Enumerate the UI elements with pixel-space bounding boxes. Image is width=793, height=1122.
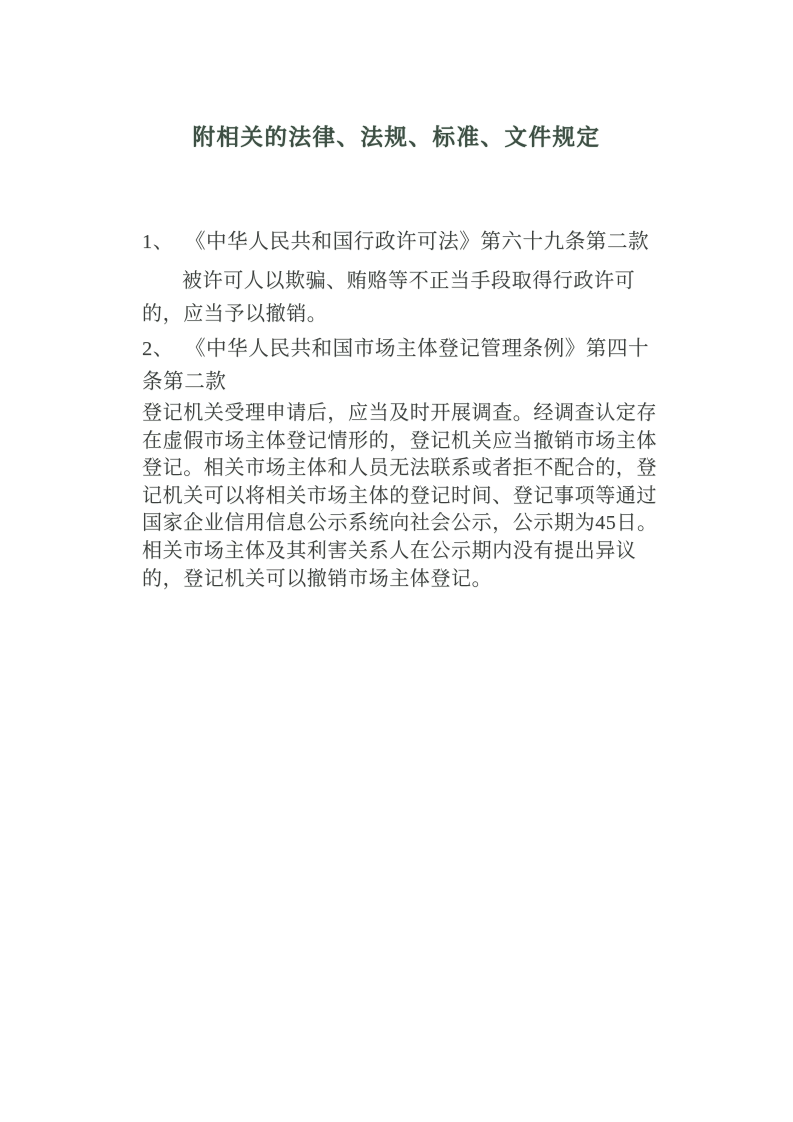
statute-item-1-title: 《中华人民共和国行政许可法》第六十九条第二款 [185, 231, 649, 253]
statute-item-1: 1、《中华人民共和国行政许可法》第六十九条第二款 被许可人以欺骗、贿赂等不正当手… [142, 226, 664, 331]
page-title: 附相关的法律、法规、标准、文件规定 [0, 120, 793, 156]
statute-item-2-title: 《中华人民共和国市场主体登记管理条例》第四十条第二款 [142, 338, 649, 393]
statute-item-1-heading: 1、《中华人民共和国行政许可法》第六十九条第二款 [142, 226, 664, 259]
statute-item-2-text: 登记机关受理申请后，应当及时开展调查。经调查认定存在虚假市场主体登记情形的，登记… [142, 400, 664, 593]
statute-item-2: 2、《中华人民共和国市场主体登记管理条例》第四十条第二款 登记机关受理申请后，应… [142, 333, 664, 593]
document-page: 附相关的法律、法规、标准、文件规定 1、《中华人民共和国行政许可法》第六十九条第… [0, 0, 793, 1122]
statute-item-1-number: 1、 [142, 226, 174, 259]
statute-item-2-number: 2、 [142, 333, 174, 366]
statute-item-2-heading: 2、《中华人民共和国市场主体登记管理条例》第四十条第二款 [142, 333, 664, 399]
document-body: 1、《中华人民共和国行政许可法》第六十九条第二款 被许可人以欺骗、贿赂等不正当手… [142, 226, 664, 593]
statute-item-1-text: 被许可人以欺骗、贿赂等不正当手段取得行政许可的，应当予以撤销。 [142, 265, 664, 331]
